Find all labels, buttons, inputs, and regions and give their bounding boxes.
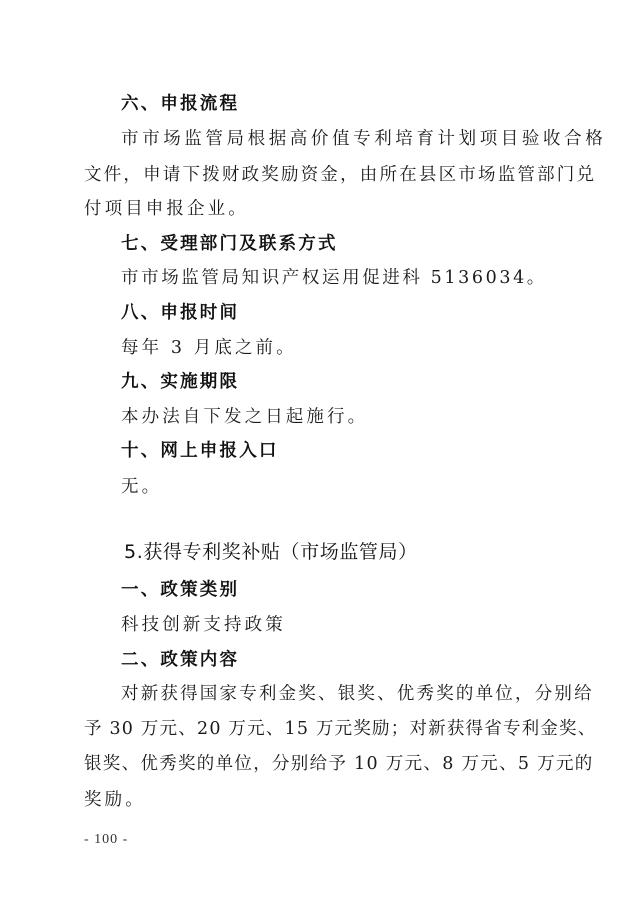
- paragraph-line: 每年 3 月底之前。: [121, 336, 558, 360]
- heading-contact: 七、受理部门及联系方式: [121, 232, 558, 256]
- heading-implementation-period: 九、实施期限: [121, 370, 558, 394]
- paragraph-line: 科技创新支持政策: [121, 613, 558, 637]
- section-title: 5.获得专利奖补贴（市场监管局）: [124, 540, 598, 564]
- paragraph-line: 本办法自下发之日起施行。: [121, 405, 558, 429]
- paragraph-line: 对新获得国家专利金奖、银奖、优秀奖的单位，分别给: [121, 682, 558, 706]
- paragraph-line: 付项目申报企业。: [84, 197, 558, 221]
- paragraph-line: 无。: [121, 475, 558, 499]
- paragraph-line: 市市场监管局根据高价值专利培育计划项目验收合格: [121, 127, 558, 151]
- paragraph-line: 市市场监管局知识产权运用促进科 5136034。: [121, 266, 558, 290]
- paragraph-line: 予 30 万元、20 万元、15 万元奖励；对新获得省专利金奖、: [84, 717, 558, 741]
- page-number: - 100 -: [84, 832, 128, 848]
- paragraph-line: 奖励。: [84, 788, 558, 812]
- paragraph-line: 银奖、优秀奖的单位，分别给予 10 万元、8 万元、5 万元的: [84, 752, 558, 776]
- heading-policy-content: 二、政策内容: [121, 648, 558, 672]
- heading-online-entry: 十、网上申报入口: [121, 439, 558, 463]
- heading-application-process: 六、申报流程: [121, 92, 558, 116]
- paragraph-line: 文件，申请下拨财政奖励资金，由所在县区市场监管部门兑: [84, 163, 558, 187]
- heading-application-time: 八、申报时间: [121, 301, 558, 325]
- heading-policy-category: 一、政策类别: [121, 578, 558, 602]
